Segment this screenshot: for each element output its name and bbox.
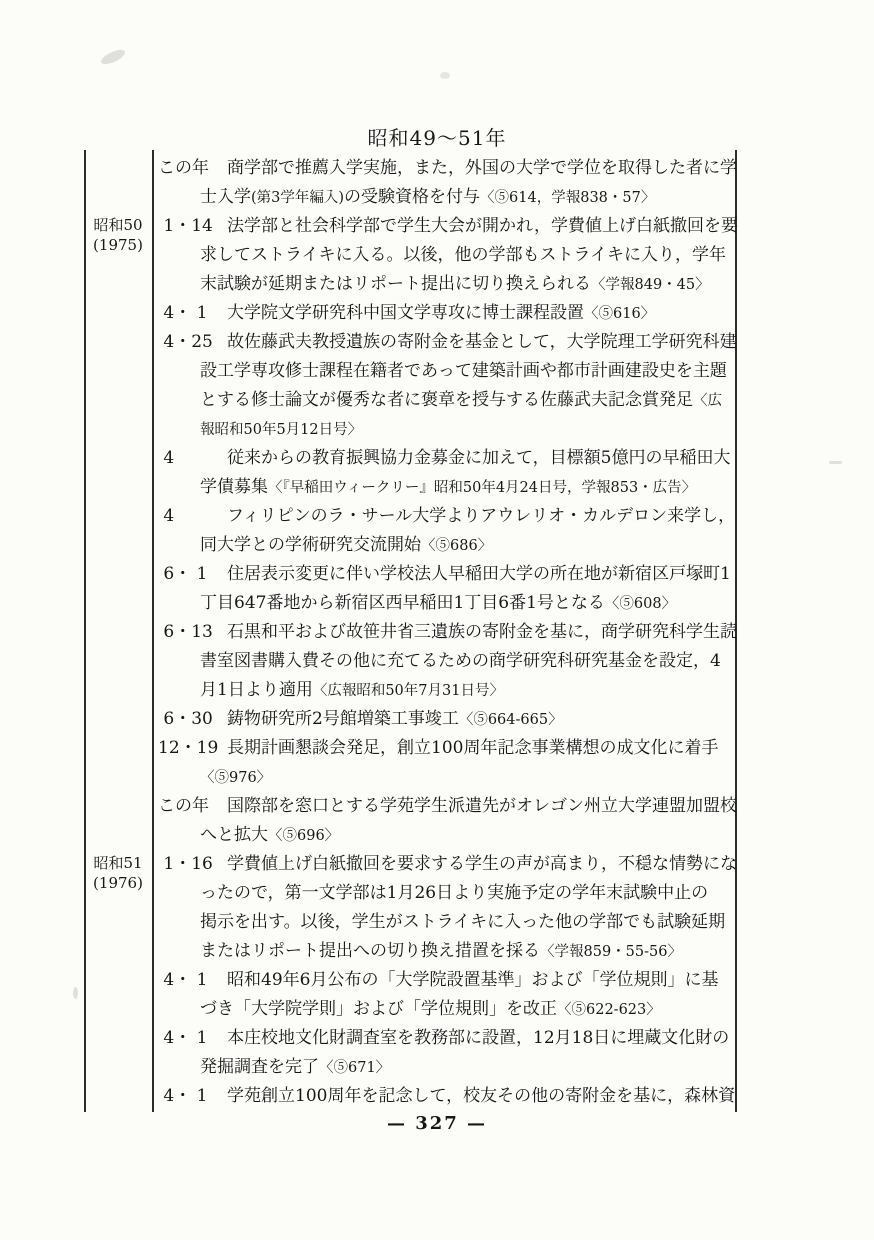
entry-text: 学費値上げ白紙撤回を要求する学生の声が高まり，不穏な情勢にな (227, 854, 737, 874)
entry-date: 12・19 (158, 734, 218, 763)
timeline-entry: 4従来からの教育振興協力金募金に加えて，目標額5億円の早稲田大学債募集〈『早稲田… (84, 444, 735, 502)
timeline-entry: 4・ 1昭和49年6月公布の「大学院設置基準」および「学位規則」に基づき「大学院… (84, 966, 735, 1024)
entry-line: 丁目647番地から新宿区西早稲田1丁目6番1号となる〈⑤608〉 (152, 589, 735, 618)
entry-date: 6・ 1 (158, 560, 207, 589)
entry-text: 本庄校地文化財調査室を教務部に設置，12月18日に埋蔵文化財の (227, 1028, 729, 1048)
entry-text: 昭和49年6月公布の「大学院設置基準」および「学位規則」に基 (227, 970, 718, 990)
timeline-entry: 6・13石黒和平および故笹井省三遺族の寄附金を基に，商学研究科学生読書室図書購入… (84, 618, 735, 705)
scan-artifact (440, 72, 450, 79)
entry-date: この年 (158, 792, 209, 821)
reference-text: 〈⑤622-623〉 (557, 1002, 661, 1018)
era-cell (84, 560, 152, 618)
scanned-book-page: 昭和49～51年 この年商学部で推薦入学実施，また，外国の大学で学位を取得した者… (0, 0, 874, 1240)
reference-text: 〈⑤976〉 (200, 770, 271, 786)
entry-text: 設工学専攻修士課程在籍者であって建築計画や都市計画建設史を主題 (200, 361, 727, 381)
entry-text: 鋳物研究所2号館増築工事竣工 (227, 709, 459, 729)
era-cell (84, 618, 152, 705)
entry-line: へと拡大〈⑤696〉 (152, 821, 737, 850)
era-label: 昭和51 (84, 850, 152, 873)
entry-date: 4・ 1 (158, 299, 207, 328)
entry-line: ったので，第一文学部は1月26日より実施予定の学年末試験中止の (152, 879, 737, 908)
entry-text: 末試験が延期またはリポート提出に切り換えられる (200, 274, 591, 294)
entry-text: 国際部を窓口とする学苑学生派遣先がオレゴン州立大学連盟加盟校 (227, 796, 737, 816)
reference-text: 〈⑤614，学報838・57〉 (480, 190, 655, 206)
era-cell (84, 966, 152, 1024)
entry-content: 1・16学費値上げ白紙撤回を要求する学生の声が高まり，不穏な情勢になったので，第… (152, 850, 737, 966)
timeline-entry: 12・19長期計画懇談会発足，創立100周年記念事業構想の成文化に着手〈⑤976… (84, 734, 735, 792)
timeline-entry: 6・ 1住居表示変更に伴い学校法人早稲田大学の所在地が新宿区戸塚町1丁目647番… (84, 560, 735, 618)
page-header: 昭和49～51年 (0, 122, 874, 151)
entry-text: 商学部で推薦入学実施，また，外国の大学で学位を取得した者に学 (227, 158, 737, 178)
entry-text: ったので，第一文学部は1月26日より実施予定の学年末試験中止の (200, 883, 708, 903)
entry-line: 4・ 1昭和49年6月公布の「大学院設置基準」および「学位規則」に基 (152, 966, 735, 995)
reference-text: 〈⑤608〉 (605, 596, 676, 612)
entry-content: 4・ 1学苑創立100周年を記念して，校友その他の寄附金を基に，森林資 (152, 1082, 735, 1111)
reference-text: 〈『早稲田ウィークリー』昭和50年4月24日号，学報853・広告〉 (268, 480, 696, 496)
timeline-entry: 4・ 1大学院文学研究科中国文学専攻に博士課程設置〈⑤616〉 (84, 299, 735, 328)
entry-text: へと拡大 (200, 825, 268, 845)
reference-text: 報昭和50年5月12日号〉 (200, 422, 362, 438)
era-cell (84, 299, 152, 328)
entry-date: 4・25 (158, 328, 213, 357)
entry-text: 石黒和平および故笹井省三遺族の寄附金を基に，商学研究科学生読 (227, 622, 737, 642)
page-number: — 327 — (0, 1113, 874, 1134)
entry-text: づき「大学院学則」および「学位規則」を改正 (200, 999, 557, 1019)
entry-content: 6・ 1住居表示変更に伴い学校法人早稲田大学の所在地が新宿区戸塚町1丁目647番… (152, 560, 735, 618)
entry-line: 6・13石黒和平および故笹井省三遺族の寄附金を基に，商学研究科学生読 (152, 618, 737, 647)
entry-line: 4従来からの教育振興協力金募金に加えて，目標額5億円の早稲田大 (152, 444, 735, 473)
era-cell (84, 328, 152, 444)
entry-line: この年商学部で推薦入学実施，また，外国の大学で学位を取得した者に学 (152, 154, 737, 183)
entry-line: 同大学との学術研究交流開始〈⑤686〉 (152, 531, 735, 560)
timeline-entry: この年商学部で推薦入学実施，また，外国の大学で学位を取得した者に学士入学(第3学… (84, 154, 735, 212)
reference-text: 〈学報859・55-56〉 (540, 944, 682, 960)
entry-line: 6・30鋳物研究所2号館増築工事竣工〈⑤664-665〉 (152, 705, 735, 734)
entry-date: 1・14 (158, 212, 213, 241)
entry-line: 6・ 1住居表示変更に伴い学校法人早稲田大学の所在地が新宿区戸塚町1 (152, 560, 735, 589)
reference-text: 〈学報849・45〉 (591, 277, 710, 293)
entry-content: 6・13石黒和平および故笹井省三遺族の寄附金を基に，商学研究科学生読書室図書購入… (152, 618, 737, 705)
entry-line: 掲示を出す。以後，学生がストライキに入った他の学部でも試験延期 (152, 908, 737, 937)
entry-line: またはリポート提出への切り換え措置を採る〈学報859・55-56〉 (152, 937, 737, 966)
era-cell: 昭和50(1975) (84, 212, 152, 299)
entry-date: 6・13 (158, 618, 213, 647)
entry-content: 4・ 1大学院文学研究科中国文学専攻に博士課程設置〈⑤616〉 (152, 299, 735, 328)
entries: この年商学部で推薦入学実施，また，外国の大学で学位を取得した者に学士入学(第3学… (84, 150, 735, 1111)
entry-line: 書室図書購入費その他に充てるための商学研究科研究基金を設定，4 (152, 647, 737, 676)
entry-line: 4・ 1本庄校地文化財調査室を教務部に設置，12月18日に埋蔵文化財の (152, 1024, 735, 1053)
entry-line: 1・14法学部と社会科学部で学生大会が開かれ，学費値上げ白紙撤回を要 (152, 212, 738, 241)
timeline-entry: 6・30鋳物研究所2号館増築工事竣工〈⑤664-665〉 (84, 705, 735, 734)
timeline-entry: 4・ 1学苑創立100周年を記念して，校友その他の寄附金を基に，森林資 (84, 1082, 735, 1111)
entry-line: 求してストライキに入る。以後，他の学部もストライキに入り，学年 (152, 241, 738, 270)
entry-date: 4・ 1 (158, 966, 207, 995)
entry-line: 4・ 1学苑創立100周年を記念して，校友その他の寄附金を基に，森林資 (152, 1082, 735, 1111)
era-cell: 昭和51(1976) (84, 850, 152, 966)
era-label: 昭和50 (84, 212, 152, 235)
reference-text: 〈広 (693, 393, 722, 409)
entry-content: 4・ 1昭和49年6月公布の「大学院設置基準」および「学位規則」に基づき「大学院… (152, 966, 735, 1024)
timeline-entry: 4・ 1本庄校地文化財調査室を教務部に設置，12月18日に埋蔵文化財の発掘調査を… (84, 1024, 735, 1082)
entry-text: 掲示を出す。以後，学生がストライキに入った他の学部でも試験延期 (200, 912, 725, 932)
reference-text: 〈⑤616〉 (584, 306, 655, 322)
entry-content: 4・25故佐藤武夫教授遺族の寄附金を基金として，大学院理工学研究科建設工学専攻修… (152, 328, 737, 444)
entry-date: 1・16 (158, 850, 213, 879)
entry-text: 大学院文学研究科中国文学専攻に博士課程設置 (227, 303, 584, 323)
timeline-entry: この年国際部を窓口とする学苑学生派遣先がオレゴン州立大学連盟加盟校へと拡大〈⑤6… (84, 792, 735, 850)
timeline-entry: 昭和51(1976) 1・16学費値上げ白紙撤回を要求する学生の声が高まり，不穏… (84, 850, 735, 966)
era-cell (84, 154, 152, 212)
era-cell (84, 734, 152, 792)
entry-line: 4・25故佐藤武夫教授遺族の寄附金を基金として，大学院理工学研究科建 (152, 328, 737, 357)
entry-text: 長期計画懇談会発足，創立100周年記念事業構想の成文化に着手 (227, 738, 718, 758)
entry-text: 発掘調査を完了 (200, 1057, 319, 1077)
era-cell (84, 1024, 152, 1082)
entry-date: 4 (158, 502, 174, 531)
era-year-label: (1975) (84, 235, 152, 255)
entry-line: 士入学(第3学年編入)の受験資格を付与〈⑤614，学報838・57〉 (152, 183, 737, 212)
entry-content: 4フィリピンのラ・サール大学よりアウレリオ・カルデロン来学し，同大学との学術研究… (152, 502, 735, 560)
entry-date: 4 (158, 444, 174, 473)
scan-artifact (99, 47, 127, 67)
reference-text: (第3学年編入) (251, 190, 344, 206)
era-year-label: (1976) (84, 873, 152, 893)
entry-content: 12・19長期計画懇談会発足，創立100周年記念事業構想の成文化に着手〈⑤976… (152, 734, 735, 792)
entry-line: 〈⑤976〉 (152, 763, 735, 792)
scan-artifact (829, 461, 842, 464)
entry-line: とする修士論文が優秀な者に褒章を授与する佐藤武夫記念賞発足〈広 (152, 386, 737, 415)
entry-line: 1・16学費値上げ白紙撤回を要求する学生の声が高まり，不穏な情勢にな (152, 850, 737, 879)
entry-text: フィリピンのラ・サール大学よりアウレリオ・カルデロン来学し， (227, 506, 735, 526)
entry-text: 書室図書購入費その他に充てるための商学研究科研究基金を設定，4 (200, 651, 721, 671)
entry-text: 従来からの教育振興協力金募金に加えて，目標額5億円の早稲田大 (227, 448, 730, 468)
era-cell (84, 502, 152, 560)
entry-line: 学債募集〈『早稲田ウィークリー』昭和50年4月24日号，学報853・広告〉 (152, 473, 735, 502)
entry-content: この年国際部を窓口とする学苑学生派遣先がオレゴン州立大学連盟加盟校へと拡大〈⑤6… (152, 792, 737, 850)
entry-line: 報昭和50年5月12日号〉 (152, 415, 737, 444)
entry-line: 4フィリピンのラ・サール大学よりアウレリオ・カルデロン来学し， (152, 502, 735, 531)
entry-text: の受験資格を付与 (344, 187, 480, 207)
entry-line: 4・ 1大学院文学研究科中国文学専攻に博士課程設置〈⑤616〉 (152, 299, 735, 328)
timeline-entry: 4フィリピンのラ・サール大学よりアウレリオ・カルデロン来学し，同大学との学術研究… (84, 502, 735, 560)
entry-content: 4・ 1本庄校地文化財調査室を教務部に設置，12月18日に埋蔵文化財の発掘調査を… (152, 1024, 735, 1082)
entry-content: 6・30鋳物研究所2号館増築工事竣工〈⑤664-665〉 (152, 705, 735, 734)
entry-text: またはリポート提出への切り換え措置を採る (200, 941, 540, 961)
timeline-entry: 昭和50(1975) 1・14法学部と社会科学部で学生大会が開かれ，学費値上げ白… (84, 212, 735, 299)
entry-content: この年商学部で推薦入学実施，また，外国の大学で学位を取得した者に学士入学(第3学… (152, 154, 737, 212)
era-cell (84, 444, 152, 502)
entry-line: づき「大学院学則」および「学位規則」を改正〈⑤622-623〉 (152, 995, 735, 1024)
entry-text: とする修士論文が優秀な者に褒章を授与する佐藤武夫記念賞発足 (200, 390, 693, 410)
entry-line: 末試験が延期またはリポート提出に切り換えられる〈学報849・45〉 (152, 270, 738, 299)
entry-line: 発掘調査を完了〈⑤671〉 (152, 1053, 735, 1082)
reference-text: 〈広報昭和50年7月31日号〉 (313, 683, 504, 699)
entry-text: 月1日より適用 (200, 680, 313, 700)
timeline-entry: 4・25故佐藤武夫教授遺族の寄附金を基金として，大学院理工学研究科建設工学専攻修… (84, 328, 735, 444)
entry-date: この年 (158, 154, 209, 183)
chronology-table: この年商学部で推薦入学実施，また，外国の大学で学位を取得した者に学士入学(第3学… (84, 150, 738, 1111)
entry-line: 12・19長期計画懇談会発足，創立100周年記念事業構想の成文化に着手 (152, 734, 735, 763)
entry-text: 丁目647番地から新宿区西早稲田1丁目6番1号となる (200, 593, 605, 613)
entry-content: 1・14法学部と社会科学部で学生大会が開かれ，学費値上げ白紙撤回を要求してストラ… (152, 212, 738, 299)
entry-line: この年国際部を窓口とする学苑学生派遣先がオレゴン州立大学連盟加盟校 (152, 792, 737, 821)
entry-line: 月1日より適用〈広報昭和50年7月31日号〉 (152, 676, 737, 705)
era-cell (84, 705, 152, 734)
entry-text: 住居表示変更に伴い学校法人早稲田大学の所在地が新宿区戸塚町1 (227, 564, 731, 584)
entry-date: 4・ 1 (158, 1024, 207, 1053)
entry-text: 法学部と社会科学部で学生大会が開かれ，学費値上げ白紙撤回を要 (227, 216, 738, 236)
reference-text: 〈⑤671〉 (319, 1060, 390, 1076)
entry-content: 4従来からの教育振興協力金募金に加えて，目標額5億円の早稲田大学債募集〈『早稲田… (152, 444, 735, 502)
entry-text: 同大学との学術研究交流開始 (200, 535, 421, 555)
entry-line: 設工学専攻修士課程在籍者であって建築計画や都市計画建設史を主題 (152, 357, 737, 386)
reference-text: 〈⑤696〉 (268, 828, 339, 844)
era-cell (84, 792, 152, 850)
entry-text: 故佐藤武夫教授遺族の寄附金を基金として，大学院理工学研究科建 (227, 332, 737, 352)
entry-text: 学債募集 (200, 477, 268, 497)
reference-text: 〈⑤686〉 (421, 538, 492, 554)
entry-text: 士入学 (200, 187, 251, 207)
era-cell (84, 1082, 152, 1111)
entry-date: 4・ 1 (158, 1082, 207, 1111)
scan-artifact (73, 987, 78, 999)
entry-text: 求してストライキに入る。以後，他の学部もストライキに入り，学年 (200, 245, 726, 265)
reference-text: 〈⑤664-665〉 (459, 712, 563, 728)
entry-text: 学苑創立100周年を記念して，校友その他の寄附金を基に，森林資 (227, 1086, 735, 1106)
entry-date: 6・30 (158, 705, 213, 734)
